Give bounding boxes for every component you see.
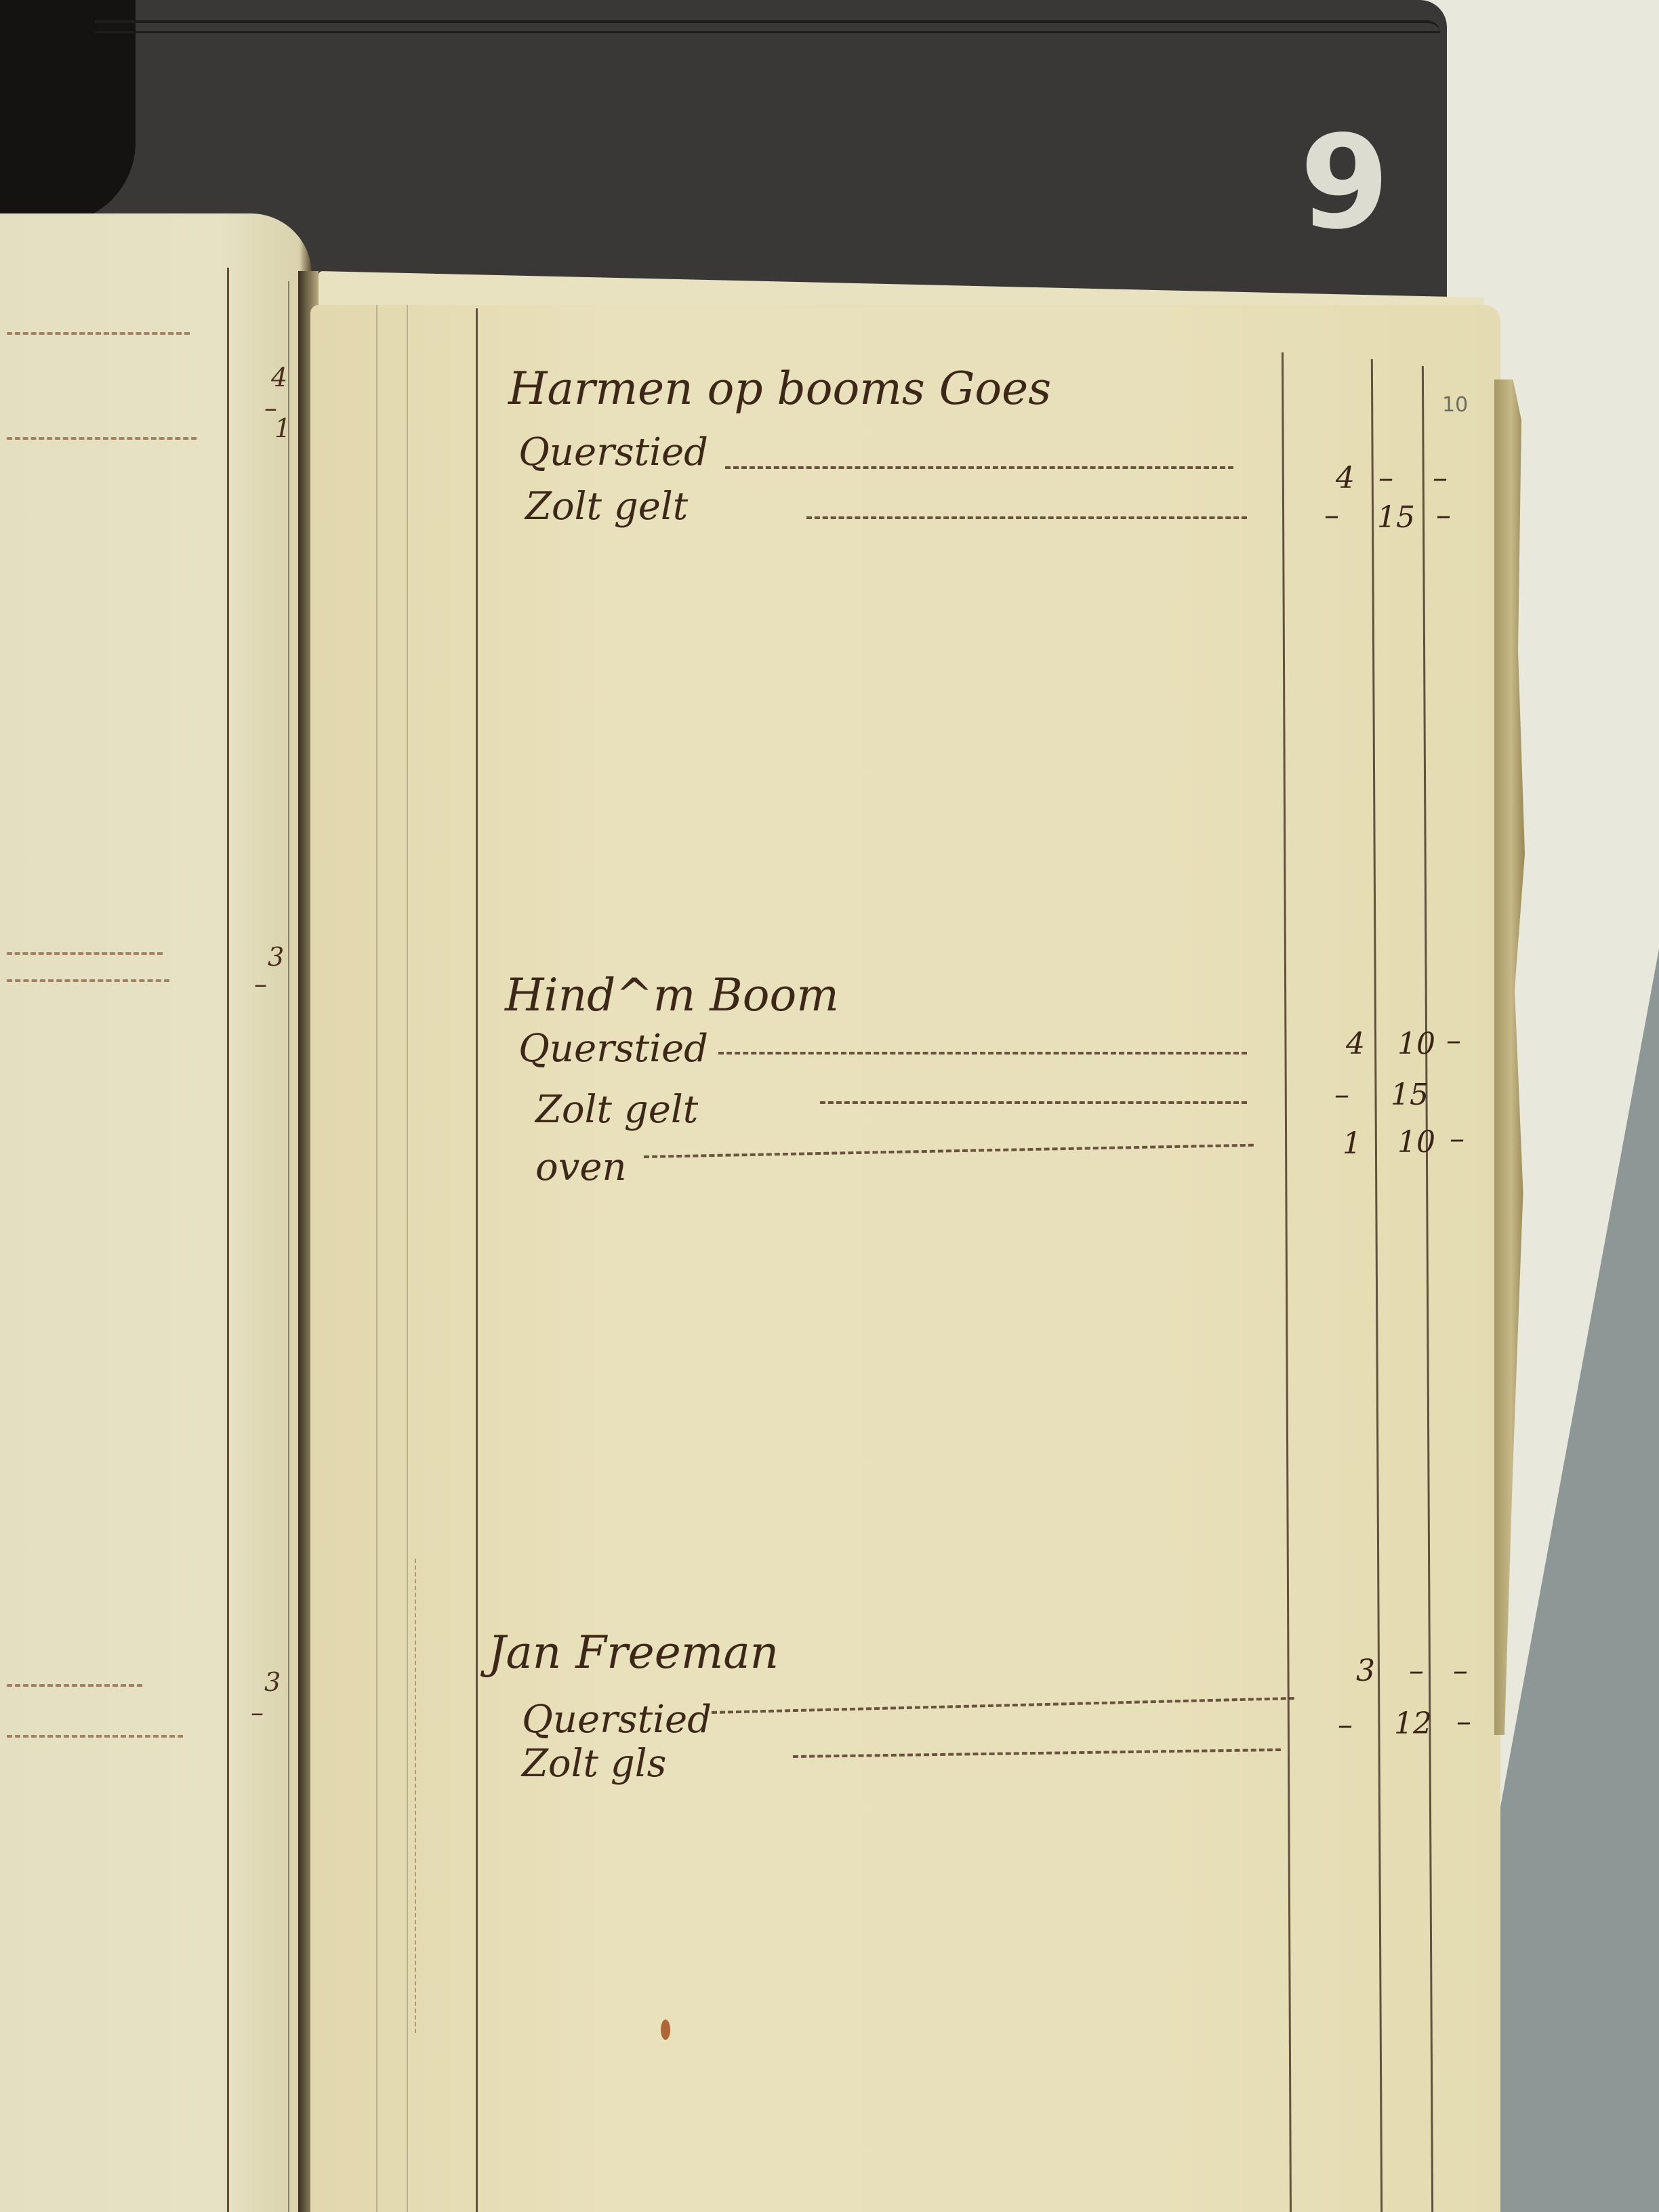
left-page-leader xyxy=(7,979,169,985)
amount-stuivers: – xyxy=(1362,461,1410,495)
margin-rule xyxy=(476,308,478,2212)
left-amount-guilders: – xyxy=(254,969,267,999)
left-page-leader xyxy=(7,332,190,337)
left-page: 4 – 1 3 – 3 – xyxy=(0,213,312,2212)
amount-guilders: 1 xyxy=(1328,1126,1376,1161)
left-page-column-rule-thin xyxy=(288,281,289,2212)
margin-rule-faint xyxy=(407,305,408,2212)
dotted-leader xyxy=(718,1052,1247,1054)
left-amount-guilders: – xyxy=(251,1698,264,1727)
left-page-leader xyxy=(7,1684,142,1689)
left-page-leader xyxy=(7,1735,183,1740)
entry-name: Jan Freeman xyxy=(488,1626,779,1679)
entry-name: Hind^m Boom xyxy=(505,969,839,1021)
amount-guilders: – xyxy=(1322,1708,1369,1742)
amount-guilders: 4 xyxy=(1332,1027,1379,1061)
left-amount-guilders: 3 xyxy=(264,1667,281,1697)
shadow-corner xyxy=(0,0,136,224)
rust-stain xyxy=(661,2020,670,2040)
amount-guilders: – xyxy=(1318,1078,1366,1112)
entry-line-label: Zolt gelt xyxy=(535,1088,698,1132)
amount-penningen: – xyxy=(1430,1023,1477,1058)
margin-rule-faint xyxy=(376,305,377,2212)
entry-name: Harmen op booms Goes xyxy=(508,363,1051,415)
entry-line-label: Querstied xyxy=(518,1027,708,1071)
entry-line-label: Zolt gelt xyxy=(525,485,688,529)
dotted-leader xyxy=(725,466,1233,469)
amount-stuivers: 15 xyxy=(1386,1078,1433,1112)
entry-line-label: Querstied xyxy=(522,1698,712,1742)
amount-guilders: – xyxy=(1308,498,1355,533)
entry-line-label: Zolt gls xyxy=(522,1742,666,1786)
amount-penningen: – xyxy=(1433,1122,1481,1156)
amount-stuivers: – xyxy=(1393,1654,1440,1688)
amount-guilders: 3 xyxy=(1342,1654,1389,1688)
right-page xyxy=(310,305,1500,2212)
board-edge-groove xyxy=(95,20,1440,33)
page-number: 10 xyxy=(1442,393,1468,417)
left-amount-guilders: 4 xyxy=(271,363,287,392)
entry-line-label: oven xyxy=(535,1145,627,1189)
left-page-leader xyxy=(7,952,163,958)
left-amount-stuivers: 1 xyxy=(274,413,291,443)
tab-marker-number: 9 xyxy=(1300,119,1389,247)
left-amount-guilders: 3 xyxy=(268,942,284,972)
entry-line-label: Querstied xyxy=(518,430,708,474)
amount-penningen: – xyxy=(1416,461,1464,495)
dotted-leader xyxy=(806,516,1247,519)
amount-stuivers: 12 xyxy=(1389,1706,1437,1741)
amount-penningen: – xyxy=(1437,1654,1484,1688)
dotted-leader xyxy=(820,1101,1247,1104)
left-page-leader xyxy=(7,437,197,443)
left-page-column-rule xyxy=(227,268,229,2212)
amount-penningen: – xyxy=(1420,498,1467,533)
amount-penningen: – xyxy=(1440,1704,1488,1739)
margin-rule-dotted xyxy=(415,1559,416,2033)
amount-stuivers: 15 xyxy=(1372,500,1420,535)
